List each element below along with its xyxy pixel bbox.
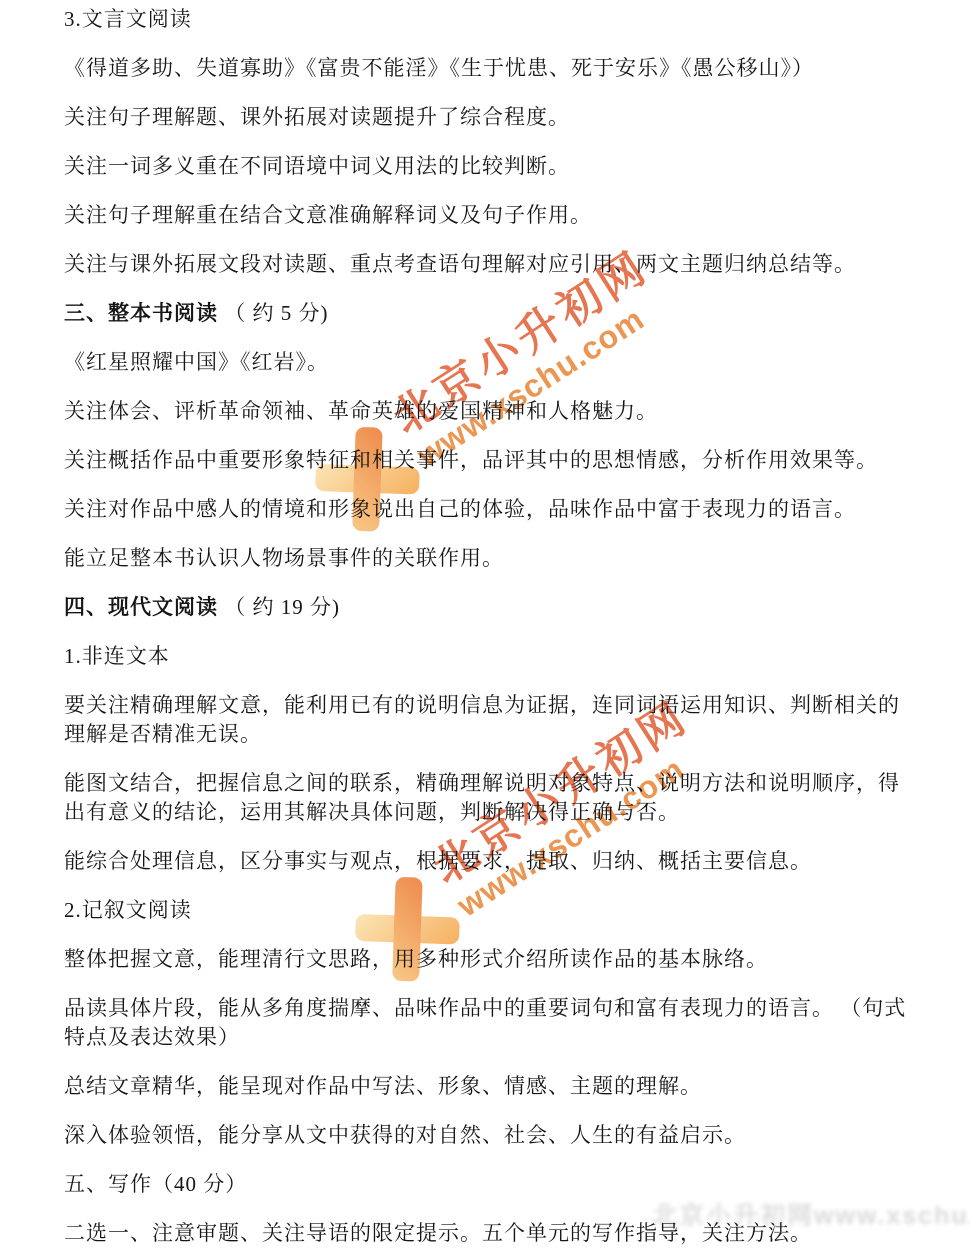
para-whole-book-titles: 《红星照耀中国》《红岩》。 (64, 348, 934, 377)
para-polysemy: 关注一词多义重在不同语境中词义用法的比较判断。 (64, 152, 934, 181)
paragraph-text: 关注句子理解重在结合文意准确解释词义及句子作用。 (64, 203, 592, 227)
para-classical-works: 《得道多助、失道寡助》《富贵不能淫》《生于忧患、死于安乐》《愚公移山》） (64, 54, 934, 83)
paragraph-text: 1.非连文本 (64, 644, 170, 668)
paragraph-text: 关注句子理解题、课外拓展对读题提升了综合程度。 (64, 105, 570, 129)
para-read-fragments: 品读具体片段，能从多角度揣摩、品味作品中的重要词句和富有表现力的语言。 （句式 … (64, 994, 934, 1052)
para-precise-understanding: 要关注精确理解文意，能利用已有的说明信息为证据，连同词语运用知识、判断相关的 理… (64, 691, 934, 749)
paragraph-text: 整体把握文意，能理清行文思路，用多种形式介绍所读作品的基本脉络。 (64, 947, 768, 971)
paragraph-text: 总结文章精华，能呈现对作品中写法、形象、情感、主题的理解。 (64, 1074, 702, 1098)
para-noncontinuous-subtitle: 1.非连文本 (64, 642, 934, 671)
para-summarize-essence: 总结文章精华，能呈现对作品中写法、形象、情感、主题的理解。 (64, 1072, 934, 1101)
paragraph-text: 能图文结合，把握信息之间的联系，精确理解说明对象特点、说明方法和说明顺序，得 出… (64, 771, 900, 824)
para-deep-experience: 深入体验领悟，能分享从文中获得的对自然、社会、人生的有益启示。 (64, 1121, 934, 1150)
paragraph-text: 3.文言文阅读 (64, 7, 192, 31)
para-moving-scenes: 关注对作品中感人的情境和形象说出自己的体验，品味作品中富于表现力的语言。 (64, 495, 934, 524)
paragraph-text: 《得道多助、失道寡助》《富贵不能淫》《生于忧患、死于安乐》《愚公移山》） (64, 56, 814, 80)
para-text-graphics: 能图文结合，把握信息之间的联系，精确理解说明对象特点、说明方法和说明顺序，得 出… (64, 769, 934, 827)
paragraph-text: （ 约 19 分) (218, 595, 340, 619)
para-overall-grasp: 整体把握文意，能理清行文思路，用多种形式介绍所读作品的基本脉络。 (64, 945, 934, 974)
para-sentence-comprehension: 关注句子理解题、课外拓展对读题提升了综合程度。 (64, 103, 934, 132)
para-info-processing: 能综合处理信息，区分事实与观点，根据要求，提取、归纳、概括主要信息。 (64, 847, 934, 876)
para-writing-guide: 二选一、注意审题、关注导语的限定提示。五个单元的写作指导，关注方法。 (64, 1219, 934, 1248)
heading-whole-book-reading: 三、整本书阅读 （ 约 5 分) (64, 299, 934, 328)
paragraph-text: 2.记叙文阅读 (64, 898, 192, 922)
paragraph-text: 二选一、注意审题、关注导语的限定提示。五个单元的写作指导，关注方法。 (64, 1221, 812, 1245)
paragraph-text: （ 约 5 分) (218, 301, 329, 325)
heading-text: 三、整本书阅读 (64, 301, 218, 325)
document-page: 北京小升初网 www.xschu.com 北京小升初网 www.xschu.co… (0, 0, 970, 1256)
para-sentence-meaning: 关注句子理解重在结合文意准确解释词义及句子作用。 (64, 201, 934, 230)
paragraph-text: 深入体验领悟，能分享从文中获得的对自然、社会、人生的有益启示。 (64, 1123, 746, 1147)
heading-text: 四、现代文阅读 (64, 595, 218, 619)
heading-writing: 五、写作（40 分） (64, 1170, 934, 1199)
document-body: 3.文言文阅读《得道多助、失道寡助》《富贵不能淫》《生于忧患、死于安乐》《愚公移… (0, 0, 970, 1248)
paragraph-text: 关注体会、评析革命领袖、革命英雄的爱国精神和人格魅力。 (64, 399, 658, 423)
paragraph-text: 关注概括作品中重要形象特征和相关事件，品评其中的思想情感，分析作用效果等。 (64, 448, 878, 472)
para-classical-reading-subtitle: 3.文言文阅读 (64, 5, 934, 34)
heading-modern-text-reading: 四、现代文阅读 （ 约 19 分) (64, 593, 934, 622)
para-book-connections: 能立足整本书认识人物场景事件的关联作用。 (64, 544, 934, 573)
paragraph-text: 关注一词多义重在不同语境中词义用法的比较判断。 (64, 154, 570, 178)
paragraph-text: 关注与课外拓展文段对读题、重点考查语句理解对应引用、两文主题归纳总结等。 (64, 252, 856, 276)
paragraph-text: 能综合处理信息，区分事实与观点，根据要求，提取、归纳、概括主要信息。 (64, 849, 812, 873)
paragraph-text: 要关注精确理解文意，能利用已有的说明信息为证据，连同词语运用知识、判断相关的 理… (64, 693, 900, 746)
paragraph-text: 品读具体片段，能从多角度揣摩、品味作品中的重要词句和富有表现力的语言。 （句式 … (64, 996, 906, 1049)
para-heroes-spirit: 关注体会、评析革命领袖、革命英雄的爱国精神和人格魅力。 (64, 397, 934, 426)
paragraph-text: 《红星照耀中国》《红岩》。 (64, 350, 329, 374)
para-narrative-subtitle: 2.记叙文阅读 (64, 896, 934, 925)
para-extension-passages: 关注与课外拓展文段对读题、重点考查语句理解对应引用、两文主题归纳总结等。 (64, 250, 934, 279)
para-summarize-images: 关注概括作品中重要形象特征和相关事件，品评其中的思想情感，分析作用效果等。 (64, 446, 934, 475)
paragraph-text: 关注对作品中感人的情境和形象说出自己的体验，品味作品中富于表现力的语言。 (64, 497, 856, 521)
paragraph-text: 五、写作（40 分） (64, 1172, 247, 1196)
paragraph-text: 能立足整本书认识人物场景事件的关联作用。 (64, 546, 504, 570)
